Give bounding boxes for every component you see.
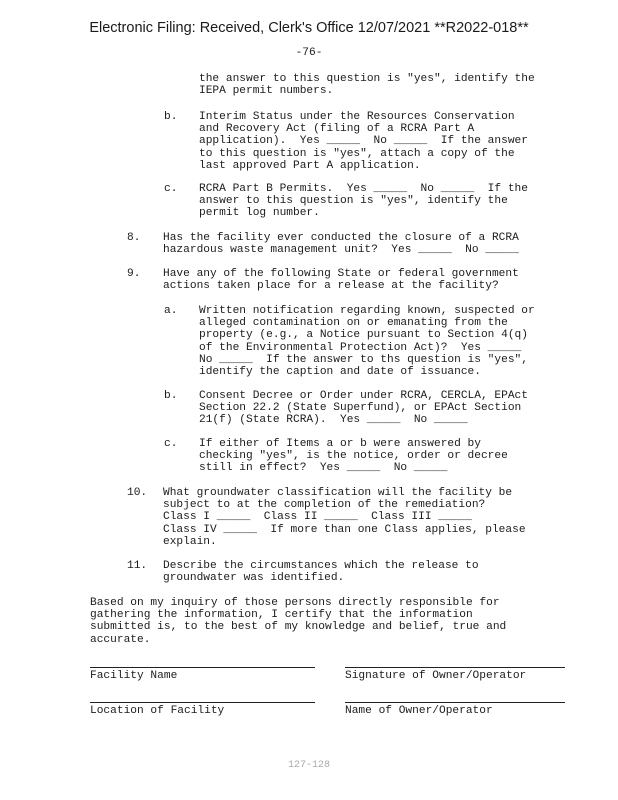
item-c-label: c. xyxy=(164,183,177,195)
certification-statement: Based on my inquiry of those persons dir… xyxy=(90,597,506,646)
question-8-label: 8. xyxy=(127,232,140,244)
question-9c-text: If either of Items a or b were answered … xyxy=(199,438,508,475)
question-11-label: 11. xyxy=(127,560,147,572)
question-9a-text: Written notification regarding known, su… xyxy=(199,305,535,378)
question-9b-label: b. xyxy=(164,390,177,402)
page-number: -76- xyxy=(0,47,618,59)
item-c-text: RCRA Part B Permits. Yes _____ No _____ … xyxy=(199,183,528,220)
continued-text: the answer to this question is "yes", id… xyxy=(199,73,535,97)
page-footer: 127-128 xyxy=(0,760,618,771)
signature-line xyxy=(345,667,565,668)
facility-name-label: Facility Name xyxy=(90,670,177,682)
owner-name-line xyxy=(345,702,565,703)
item-b-label: b. xyxy=(164,111,177,123)
facility-name-line xyxy=(90,667,315,668)
location-line xyxy=(90,702,315,703)
question-8-text: Has the facility ever conducted the clos… xyxy=(163,232,519,256)
question-11-text: Describe the circumstances which the rel… xyxy=(163,560,479,584)
signature-label: Signature of Owner/Operator xyxy=(345,670,526,682)
question-9-text: Have any of the following State or feder… xyxy=(163,268,519,292)
location-label: Location of Facility xyxy=(90,705,224,717)
question-9-label: 9. xyxy=(127,268,140,280)
item-b-text: Interim Status under the Resources Conse… xyxy=(199,111,528,172)
question-9c-label: c. xyxy=(164,438,177,450)
question-9a-label: a. xyxy=(164,305,177,317)
filing-stamp-header: Electronic Filing: Received, Clerk's Off… xyxy=(0,20,618,36)
question-9b-text: Consent Decree or Order under RCRA, CERC… xyxy=(199,390,528,427)
question-10-label: 10. xyxy=(127,487,147,499)
question-10-text: What groundwater classification will the… xyxy=(163,487,526,548)
owner-name-label: Name of Owner/Operator xyxy=(345,705,493,717)
